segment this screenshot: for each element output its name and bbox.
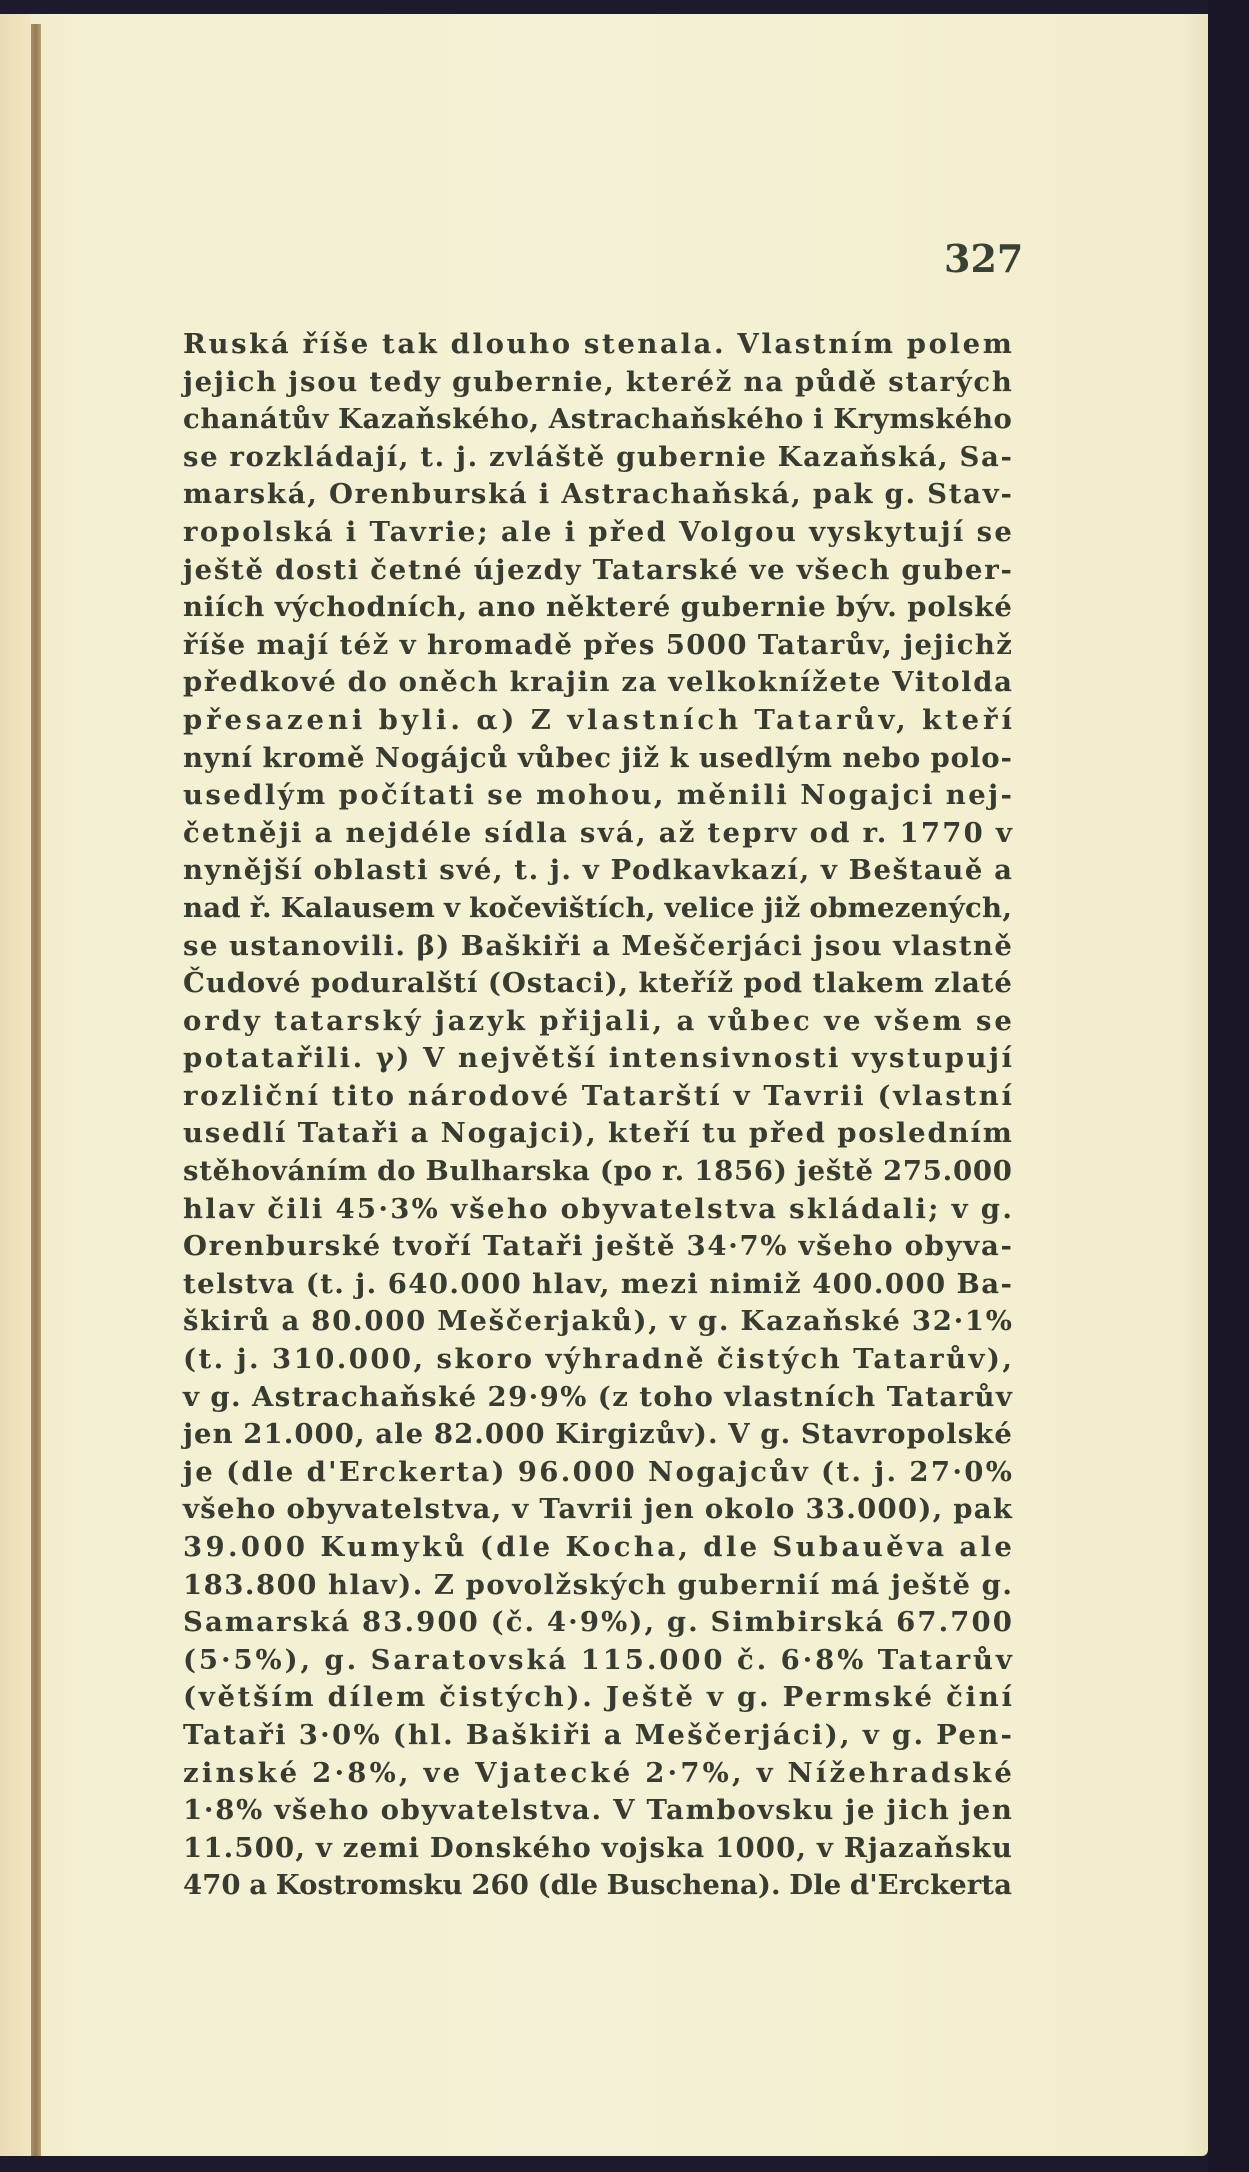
scan-background-edge [1208,0,1249,2172]
text-line: potatařili. γ) V největší intensivnosti … [183,1040,1011,1078]
text-line: (5·5%), g. Saratovská 115.000 č. 6·8% Ta… [183,1642,1011,1680]
text-line: 470 a Kostromsku 260 (dle Buschena). Dle… [183,1867,1011,1905]
text-line: Samarská 83.900 (č. 4·9%), g. Simbirská … [183,1604,1011,1642]
text-line: niích východních, ano některé gubernie b… [183,589,1011,627]
text-line: Orenburské tvoří Tataři ještě 34·7% všeh… [183,1228,1011,1266]
text-line: zinské 2·8%, ve Vjatecké 2·7%, v Nížehra… [183,1755,1011,1793]
text-line: usedlí Tataři a Nogajci), kteří tu před … [183,1115,1011,1153]
text-line: jen 21.000, ale 82.000 Kirgizův). V g. S… [183,1416,1011,1454]
text-line: Tataři 3·0% (hl. Baškiři a Meščerjáci), … [183,1717,1011,1755]
text-line: nynější oblasti své, t. j. v Podkavkazí,… [183,852,1011,890]
text-line: škirů a 80.000 Meščerjaků), v g. Kazaňsk… [183,1303,1011,1341]
text-line: je (dle d'Erckerta) 96.000 Nogajcův (t. … [183,1454,1011,1492]
book-page: 327 Ruská říše tak dlouho stenala. Vlast… [0,14,1208,2156]
text-line: 183.800 hlav). Z povolžských gubernií má… [183,1567,1011,1605]
text-line: v g. Astrachaňské 29·9% (z toho vlastníc… [183,1379,1011,1417]
text-line: telstva (t. j. 640.000 hlav, mezi nimiž … [183,1266,1011,1304]
text-line: jejich jsou tedy gubernie, kteréž na půd… [183,364,1011,402]
text-line: chanátův Kazaňského, Astrachaňského i Kr… [183,401,1011,439]
page-gutter [0,14,31,2156]
text-line: hlav čili 45·3% všeho obyvatelstva sklád… [183,1191,1011,1229]
body-text: Ruská říše tak dlouho stenala. Vlastním … [183,326,1011,1905]
text-line: 1·8% všeho obyvatelstva. V Tambovsku je … [183,1792,1011,1830]
text-line: ordy tatarský jazyk přijali, a vůbec ve … [183,1003,1011,1041]
text-line: nyní kromě Nogájců vůbec již k usedlým n… [183,740,1011,778]
text-line: předkové do oněch krajin za velkoknížete… [183,664,1011,702]
text-line: marská, Orenburská i Astrachaňská, pak g… [183,476,1011,514]
text-line: rozliční tito národové Tatarští v Tavrii… [183,1078,1011,1116]
text-line: usedlým počítati se mohou, měnili Nogajc… [183,777,1011,815]
binding-edge [31,24,41,2156]
text-line: ropolská i Tavrie; ale i před Volgou vys… [183,514,1011,552]
text-line: Ruská říše tak dlouho stenala. Vlastním … [183,326,1011,364]
text-line: se rozkládají, t. j. zvláště gubernie Ka… [183,439,1011,477]
text-line: Čudové poduralští (Ostaci), kteříž pod t… [183,965,1011,1003]
page-number: 327 [944,236,1023,281]
text-line: ještě dosti četné újezdy Tatarské ve vše… [183,552,1011,590]
text-line: 39.000 Kumyků (dle Kocha, dle Subauěva a… [183,1529,1011,1567]
text-line: 11.500, v zemi Donského vojska 1000, v R… [183,1830,1011,1868]
text-line: říše mají též v hromadě přes 5000 Tatarů… [183,627,1011,665]
text-line: (t. j. 310.000, skoro výhradně čistých T… [183,1341,1011,1379]
text-line: (větším dílem čistých). Ještě v g. Perms… [183,1679,1011,1717]
text-line: všeho obyvatelstva, v Tavrii jen okolo 3… [183,1491,1011,1529]
text-line: stěhováním do Bulharska (po r. 1856) ješ… [183,1153,1011,1191]
text-line: se ustanovili. β) Baškiři a Meščerjáci j… [183,928,1011,966]
text-line: nad ř. Kalausem v kočevištích, velice ji… [183,890,1011,928]
text-line: četněji a nejdéle sídla svá, až teprv od… [183,815,1011,853]
text-line: přesazeni byli. α) Z vlastních Tatarův, … [183,702,1011,740]
